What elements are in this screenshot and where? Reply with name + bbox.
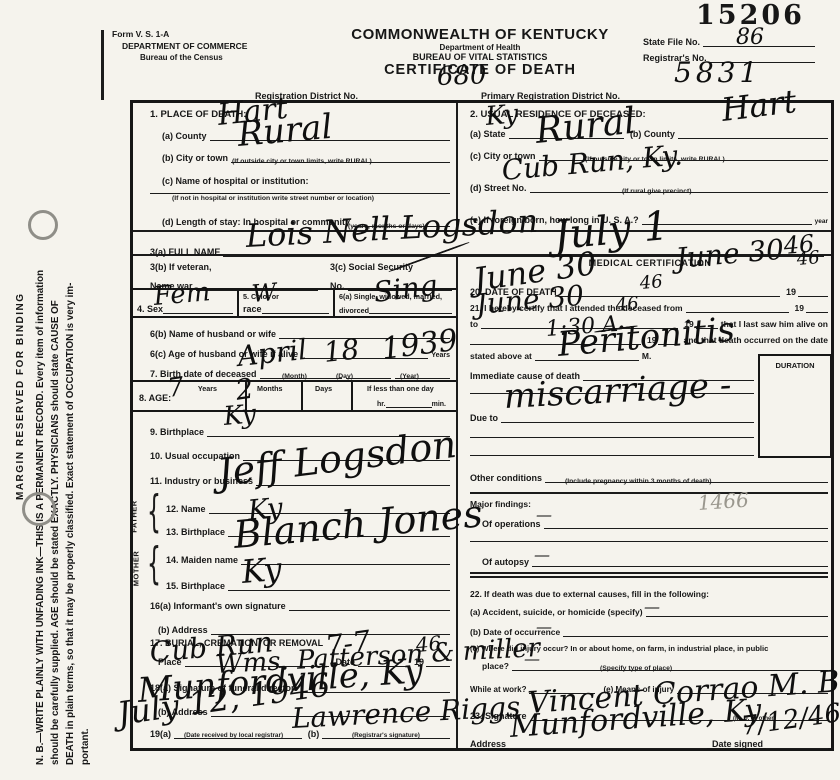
blank-line (806, 311, 828, 313)
hw-birth-year: 1939 (380, 327, 459, 363)
date-received-prefix: 19(a) (150, 730, 174, 739)
blank-line (346, 377, 390, 379)
operations-field: Of operations (482, 520, 828, 529)
registrar-signature-hint: (Registrar's signature) (352, 733, 420, 739)
bureau-of-census: Bureau of the Census (140, 53, 223, 62)
age-label: 8. AGE: (139, 393, 171, 404)
blank-line (369, 312, 452, 314)
hw-primary-district-no: 5831 (674, 60, 761, 85)
double-rule-1 (470, 572, 828, 574)
department-of-commerce: DEPARTMENT OF COMMERCE (122, 42, 247, 52)
physician-address-label: Address (470, 740, 509, 749)
hw-residence-city: Rural (534, 106, 637, 149)
blank-line (798, 295, 828, 297)
header-left-edge-line (101, 30, 104, 100)
blank-line (509, 747, 707, 749)
hw-birth-month: April (236, 337, 308, 369)
hw-mother-birthplace: Ky (240, 555, 282, 587)
hw-attended-from-year: 46 (796, 250, 820, 268)
death-county-label: (a) County (162, 132, 210, 141)
margin-nb-line4: portant. (81, 729, 91, 765)
duration-label: DURATION (758, 362, 832, 371)
blank-line (470, 436, 754, 438)
hw-residence-state: Ky (485, 103, 519, 129)
age-days-cell: Days (303, 382, 353, 410)
due-line-2 (470, 436, 754, 438)
marital-label-2: divorced (339, 307, 369, 314)
blank-line (163, 312, 233, 314)
hw-race: W (251, 282, 277, 306)
commonwealth-title: COMMONWEALTH OF KENTUCKY (330, 26, 630, 43)
other-conditions-label: Other conditions (470, 474, 545, 483)
due-line-3 (470, 454, 754, 456)
blank-line (262, 312, 329, 314)
blank-line (560, 295, 780, 297)
margin-binding-note: MARGIN RESERVED FOR BINDING (16, 292, 26, 500)
birthplace-label: 9. Birthplace (150, 428, 207, 437)
hr-label: hr. (377, 401, 386, 408)
residence-street-hint: (If rural give precinct) (622, 189, 692, 196)
margin-nb-line3: DEATH in plain terms, so that it may be … (66, 283, 76, 765)
mother-section-label: MOTHER (131, 551, 140, 587)
hw-operations-code-faint: 1466 (697, 490, 749, 512)
blank-line (386, 406, 432, 408)
full-name-label: 3(a) FULL NAME (150, 248, 223, 257)
mother-name-label: 14. Maiden name (166, 556, 241, 565)
blank-line (470, 540, 828, 542)
foreign-born-suffix: year (812, 219, 828, 226)
hw-registrar-no: 86 (736, 28, 764, 48)
date-signed-label: Date signed (707, 740, 766, 749)
mother-name-field: 14. Maiden name (166, 556, 450, 565)
hw-registration-district-no: 680 (437, 64, 487, 89)
blank-line (532, 565, 828, 567)
father-birthplace-label: 13. Birthplace (166, 528, 228, 537)
father-brace: { (147, 490, 161, 534)
hw-autopsy-dash: — (534, 548, 550, 562)
stated-above-label: stated above at (470, 352, 535, 361)
binding-margin: MARGIN RESERVED FOR BINDING N. B.—WRITE … (8, 0, 104, 780)
hw-attended-to-year: 46 (639, 274, 663, 292)
blank-line (501, 421, 754, 423)
veteran-label: 3(b) If veteran, (150, 262, 212, 272)
hw-accident-dash: — (644, 600, 660, 614)
death-certificate-scan: MARGIN RESERVED FOR BINDING N. B.—WRITE … (0, 0, 840, 780)
operations-line-2 (470, 540, 828, 542)
hw-residence-county: Hart (720, 87, 798, 125)
age-years-label: Years (198, 385, 217, 394)
informant-signature-field: 16(a) Informant's own signature (150, 602, 450, 611)
injury-place-hint: (Specify type of place) (600, 666, 672, 673)
blank-line (563, 635, 828, 637)
father-name-label: 12. Name (166, 505, 209, 514)
blank-line (289, 609, 450, 611)
residence-state-county-field: (a) State (b) County (470, 130, 828, 139)
department-of-health: Department of Health (330, 43, 630, 52)
age-days-label: Days (315, 385, 332, 394)
state-file-no-field: State File No. (643, 38, 815, 47)
dod-year-prefix: 19 (780, 288, 798, 297)
external-causes-title: 22. If death was due to external causes,… (470, 590, 709, 600)
blank-line (470, 454, 754, 456)
hw-marital-status: Sing (372, 272, 439, 305)
min-label: min. (432, 401, 446, 408)
hw-sex: Fem (153, 281, 211, 309)
death-city-label: (b) City or town (162, 154, 231, 163)
state-file-no-label: State File No. (643, 38, 703, 47)
from-year-prefix: 19 (789, 304, 806, 313)
hw-last-seen: June 30 (475, 283, 585, 318)
blank-line (678, 137, 828, 139)
margin-nb-line2: should be carefully supplied. AGE should… (51, 300, 61, 765)
date-received-hint: (Date received by local registrar) (184, 733, 283, 739)
father-section-label: FATHER (130, 500, 139, 532)
hw-attended-from: June 30 (675, 237, 785, 272)
hw-birth-day: 18 (322, 336, 360, 365)
age-months-label: Months (257, 385, 283, 394)
blank-line (766, 747, 828, 749)
double-rule-2 (470, 576, 828, 578)
punch-hole-bottom (22, 492, 56, 526)
hw-birthplace: Ky (223, 403, 257, 429)
less-than-day-label: If less than one day (367, 385, 434, 394)
hw-death-city: Rural (236, 112, 333, 151)
findings-divider (470, 492, 828, 494)
hw-injury-place-dash: — (524, 652, 540, 666)
blank-line (646, 615, 828, 617)
autopsy-label: Of autopsy (482, 558, 532, 567)
age-less-than-day-cell: If less than one day hr. min. (353, 382, 456, 410)
due-to-label: Due to (470, 414, 501, 423)
hospital-field (150, 192, 450, 194)
death-city-hint: (If outside city or town limits, write R… (232, 159, 372, 166)
punch-hole-top (28, 210, 58, 240)
binding-margin-rotated: MARGIN RESERVED FOR BINDING N. B.—WRITE … (8, 0, 104, 780)
hw-last-seen-year: 46 (615, 296, 639, 314)
mother-birthplace-field: 15. Birthplace (166, 582, 450, 591)
informant-signature-label: 16(a) Informant's own signature (150, 602, 289, 611)
to-label: to (470, 320, 481, 329)
mother-birthplace-label: 15. Birthplace (166, 582, 228, 591)
hw-operations-dash: — (536, 508, 552, 522)
blank-line (150, 192, 450, 194)
hospital-label: (c) Name of hospital or institution: (162, 176, 309, 186)
operations-label: Of operations (482, 520, 544, 529)
mother-brace: { (147, 542, 161, 586)
hw-occurrence-dash: — (536, 620, 552, 634)
hw-due-to: miscarriage - (503, 370, 732, 412)
accident-suicide-label: (a) Accident, suicide, or homicide (spec… (470, 608, 646, 617)
form-number: Form V. S. 1-A (112, 30, 169, 40)
other-conditions-hint: (Include pregnancy within 3 months of de… (565, 479, 712, 486)
hw-age-years: 7 (166, 376, 186, 401)
hospital-hint: (If not in hospital or institution write… (172, 196, 374, 203)
blank-line (544, 527, 828, 529)
